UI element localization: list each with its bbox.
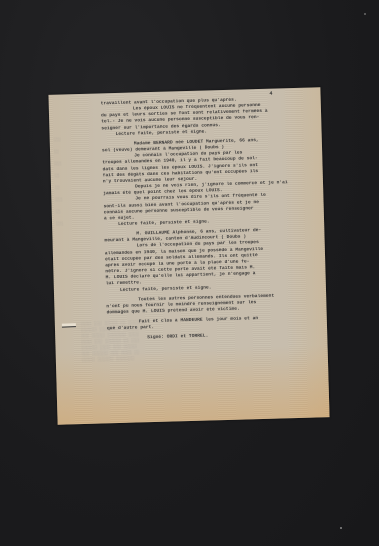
document-page: ░░░░░░░░░░░░░░░░░░░░ 4 travaillent avant… (48, 87, 329, 424)
paper-tear (62, 323, 76, 327)
dust-speck (364, 13, 366, 15)
bleed-through-text: ░░░░ ░░░ ░░░░░ ░░ ░░░░░░ ░░░░░░ ░░░ ░░░░… (81, 316, 282, 364)
dust-speck (340, 527, 342, 529)
typewritten-text: travaillent avant l'occupation que plus … (101, 96, 313, 343)
bleed-through-margin: ░░░░░░░░░░░░░░░░░░░░ (54, 134, 97, 231)
